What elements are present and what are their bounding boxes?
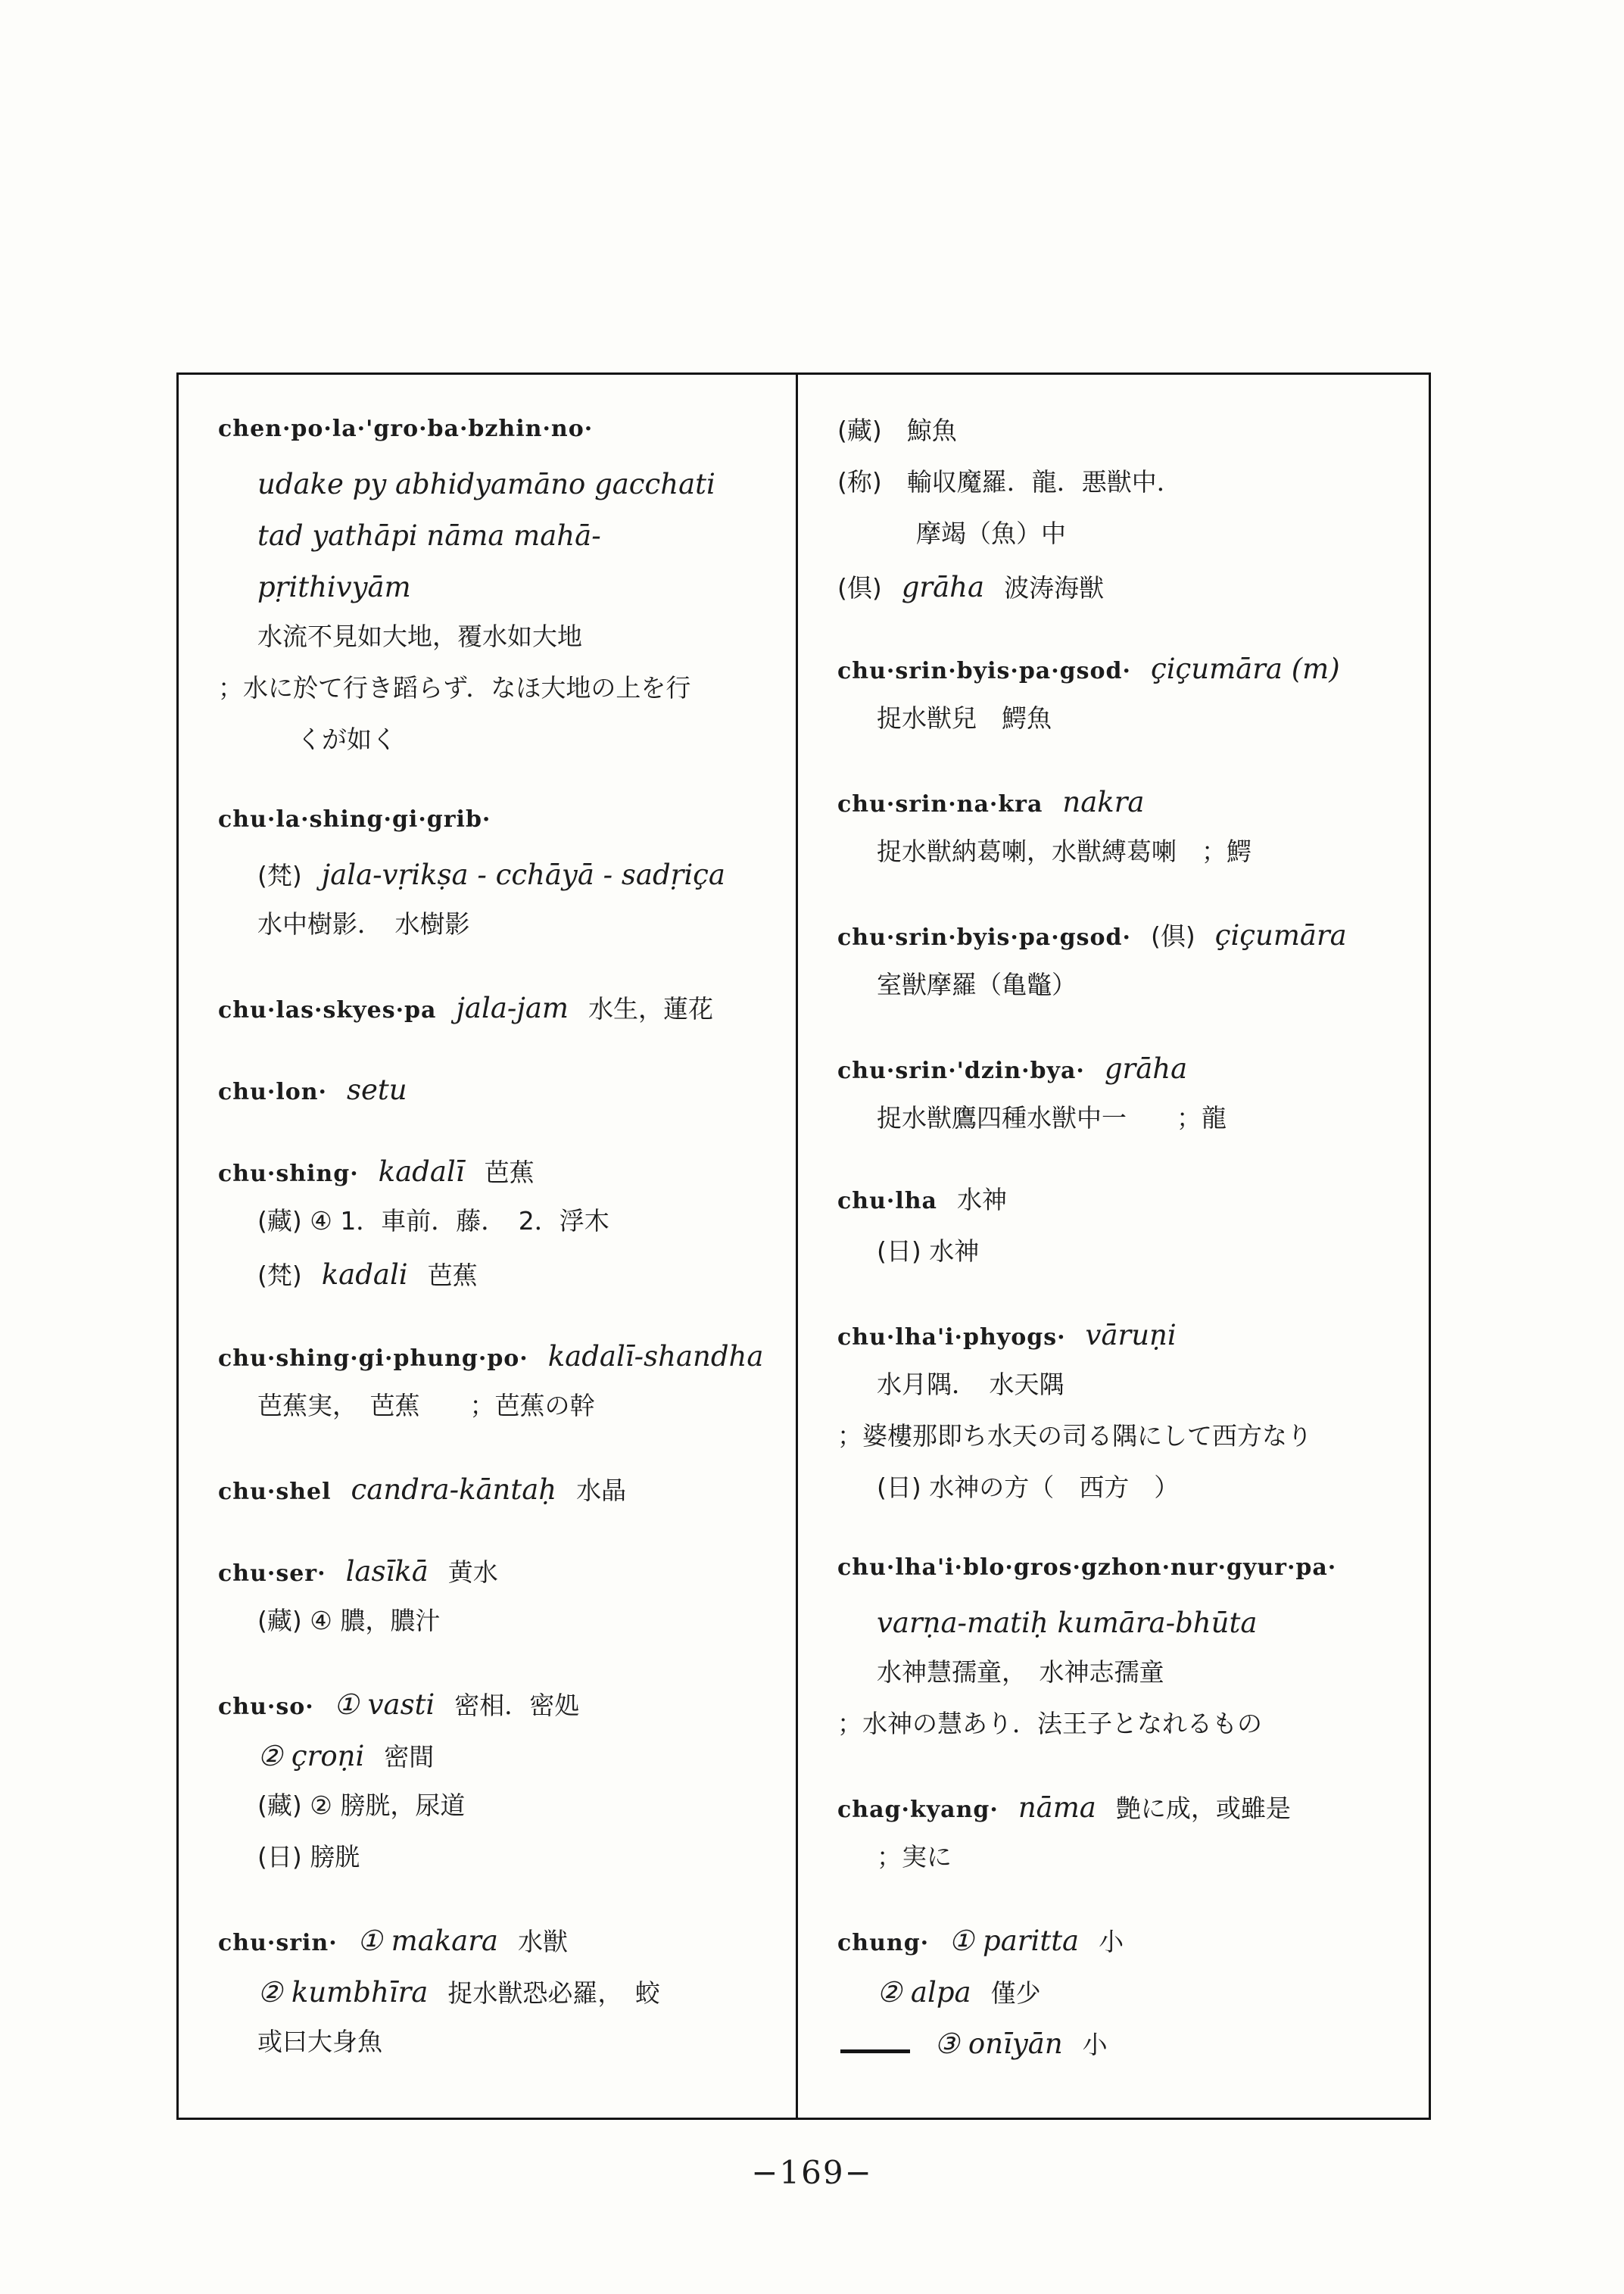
entry-line: varṇa-matiḥ kumāra-bhūta xyxy=(837,1604,1409,1656)
sanskrit-romanization: lasīkā xyxy=(346,1553,429,1591)
tibetan-headword: chu·srin· xyxy=(218,1928,338,1959)
cjk-gloss: ；実に xyxy=(877,1840,952,1875)
dictionary-entry: chu·la·shing·gi·grib·(梵)jala-vṛikṣa - cc… xyxy=(218,805,776,959)
cjk-gloss: 捉水獣兒 鰐魚 xyxy=(877,702,1052,736)
sanskrit-romanization: ① makara xyxy=(357,1922,498,1960)
entry-line: ；水神の慧あり．法王子となれるもの xyxy=(837,1707,1409,1759)
cjk-gloss: (藏) ④ 1．車前．藤． 2．浮木 xyxy=(257,1205,609,1239)
dictionary-entry: (藏) 鯨魚(称) 輸収魔羅．龍．悪獣中．摩竭（魚）中(倶)grāha波涛海獣 xyxy=(837,414,1409,620)
sanskrit-romanization: jala-vṛikṣa - cchāyā - sadṛiça xyxy=(322,856,725,894)
cjk-gloss: 或曰大身魚 xyxy=(257,2025,382,2059)
cjk-gloss: 室獣摩羅（亀鼈） xyxy=(877,968,1077,1002)
sanskrit-romanization: ① paritta xyxy=(949,1922,1079,1960)
cjk-gloss: (梵) xyxy=(257,859,302,893)
cjk-gloss: 密相．密処 xyxy=(454,1689,579,1723)
cjk-gloss: (藏) ④ 膿，膿汁 xyxy=(257,1604,440,1638)
cjk-gloss: ；婆樓那即ち水天の司る隅にして西方なり xyxy=(837,1420,1312,1454)
margin-dash-mark xyxy=(840,2049,910,2053)
dictionary-entry: chung·① paritta小② alpa僅少③ onīyān小 xyxy=(837,1922,1409,2077)
cjk-gloss: (梵) xyxy=(257,1259,302,1293)
dictionary-entry: chu·shelcandra-kāntaḥ水晶 xyxy=(218,1471,776,1523)
sanskrit-romanization: pṛithivyām xyxy=(257,569,411,606)
cjk-gloss: 水月隅． 水天隅 xyxy=(877,1368,1064,1402)
entry-line: (藏) ② 膀胱，尿道 xyxy=(218,1789,776,1840)
entry-line: (梵)kadali芭蕉 xyxy=(218,1256,776,1308)
tibetan-headword: chu·lha'i·blo·gros·gzhon·nur·gyur·pa· xyxy=(837,1553,1336,1584)
cjk-gloss: (倶) xyxy=(1151,920,1195,954)
cjk-gloss: 芭蕉 xyxy=(485,1156,535,1190)
dictionary-entry: chu·srin·'dzin·bya·grāha捉水獣鷹四種水獣中一 ；龍 xyxy=(837,1050,1409,1153)
sanskrit-romanization: candra-kāntaḥ xyxy=(351,1471,557,1509)
entry-line: chen·po·la·'gro·ba·bzhin·no· xyxy=(218,414,776,466)
entry-line: (藏) ④ 1．車前．藤． 2．浮木 xyxy=(218,1205,776,1256)
cjk-gloss: (日) 水神の方（ 西方 ） xyxy=(877,1471,1179,1505)
sanskrit-romanization: vāruṇi xyxy=(1086,1317,1177,1354)
tibetan-headword: chung· xyxy=(837,1928,929,1959)
tibetan-headword: chen·po·la·'gro·ba·bzhin·no· xyxy=(218,414,593,445)
sanskrit-romanization: ② alpa xyxy=(877,1974,971,2012)
cjk-gloss: (倶) xyxy=(837,572,882,606)
entry-line: chu·lon·setu xyxy=(218,1071,776,1123)
entry-line: chag·kyang·nāma艶に成，或雖是 xyxy=(837,1789,1409,1840)
cjk-gloss: 摩竭（魚）中 xyxy=(916,517,1066,551)
entry-line: 芭蕉実， 芭蕉 ；芭蕉の幹 xyxy=(218,1389,776,1441)
entry-line: udake py abhidyamāno gacchati xyxy=(218,466,776,517)
entry-line: (称) 輸収魔羅．龍．悪獣中． xyxy=(837,466,1409,517)
entry-line: chu·shelcandra-kāntaḥ水晶 xyxy=(218,1471,776,1523)
dictionary-entry: chu·so·① vasti密相．密処② çroṇi密間(藏) ② 膀胱，尿道(… xyxy=(218,1686,776,1892)
entry-line: chu·las·skyes·pajala-jam水生，蓮花 xyxy=(218,990,776,1041)
cjk-gloss: 捉水獣鷹四種水獣中一 ；龍 xyxy=(877,1102,1227,1136)
sanskrit-romanization: nakra xyxy=(1062,784,1144,821)
tibetan-headword: chu·srin·na·kra xyxy=(837,790,1043,821)
dictionary-entry: chu·lha'i·blo·gros·gzhon·nur·gyur·pa·var… xyxy=(837,1553,1409,1759)
sanskrit-romanization: çiçumāra xyxy=(1215,917,1347,955)
tibetan-headword: chag·kyang· xyxy=(837,1795,999,1826)
entry-line: ；水に於て行き蹈らず．なほ大地の上を行 xyxy=(218,672,776,723)
cjk-gloss: 密間 xyxy=(384,1741,434,1775)
entry-line: ② kumbhīra捉水獣恐必羅， 蛟 xyxy=(218,1974,776,2025)
entry-line: chu·lha'i·phyogs·vāruṇi xyxy=(837,1317,1409,1368)
dictionary-entry: chu·shing·kadalī芭蕉(藏) ④ 1．車前．藤． 2．浮木(梵)k… xyxy=(218,1153,776,1308)
dictionary-entry: chu·lha'i·phyogs·vāruṇi水月隅． 水天隅；婆樓那即ち水天の… xyxy=(837,1317,1409,1523)
entry-line: chu·shing·kadalī芭蕉 xyxy=(218,1153,776,1205)
cjk-gloss: (日) 水神 xyxy=(877,1235,979,1269)
entry-line: 捉水獣鷹四種水獣中一 ；龍 xyxy=(837,1102,1409,1153)
entry-line: (倶)grāha波涛海獣 xyxy=(837,569,1409,620)
sanskrit-romanization: ② kumbhīra xyxy=(257,1974,428,2012)
entry-line: 捉水獣納葛喇，水獣縛葛喇 ；鰐 xyxy=(837,835,1409,887)
tibetan-headword: chu·srin·byis·pa·gsod· xyxy=(837,923,1131,954)
entry-line: chung·① paritta小 xyxy=(837,1922,1409,1974)
cjk-gloss: (藏) 鯨魚 xyxy=(837,414,957,448)
cjk-gloss: 水神 xyxy=(957,1183,1007,1217)
entry-line: pṛithivyām xyxy=(218,569,776,620)
entry-line: (藏) 鯨魚 xyxy=(837,414,1409,466)
sanskrit-romanization: kadali xyxy=(322,1256,408,1294)
entry-line: 捉水獣兒 鰐魚 xyxy=(837,702,1409,753)
entry-line: chu·shing·gi·phung·po·kadalī-shandha xyxy=(218,1338,776,1389)
cjk-gloss: 芭蕉実， 芭蕉 ；芭蕉の幹 xyxy=(257,1389,595,1423)
tibetan-headword: chu·shel xyxy=(218,1477,332,1508)
cjk-gloss: (藏) ② 膀胱，尿道 xyxy=(257,1789,465,1823)
cjk-gloss: 水生，蓮花 xyxy=(588,993,713,1027)
dictionary-entry: chag·kyang·nāma艶に成，或雖是；実に xyxy=(837,1789,1409,1892)
entry-line: 水流不見如大地，覆水如大地 xyxy=(218,620,776,672)
entry-line: ② alpa僅少 xyxy=(837,1974,1409,2025)
sanskrit-romanization: udake py abhidyamāno gacchati xyxy=(257,466,715,503)
entry-line: 室獣摩羅（亀鼈） xyxy=(837,968,1409,1020)
left-column: chen·po·la·'gro·ba·bzhin·no·udake py abh… xyxy=(179,375,796,2118)
cjk-gloss: 捉水獣恐必羅， 蛟 xyxy=(447,1977,660,2011)
entry-line: chu·lha水神 xyxy=(837,1183,1409,1235)
page-number: −169− xyxy=(0,2154,1624,2191)
dictionary-entry: chu·srin·byis·pa·gsod·çiçumāra (m)捉水獣兒 鰐… xyxy=(837,650,1409,753)
entry-line: (日) 膀胱 xyxy=(218,1840,776,1892)
dictionary-entry: chen·po·la·'gro·ba·bzhin·no·udake py abh… xyxy=(218,414,776,775)
dictionary-entry: chu·ser·lasīkā黄水(藏) ④ 膿，膿汁 xyxy=(218,1553,776,1656)
entry-line: ② çroṇi密間 xyxy=(218,1738,776,1789)
tibetan-headword: chu·shing· xyxy=(218,1159,359,1190)
dictionary-entry: chu·srin·① makara水獣② kumbhīra捉水獣恐必羅， 蛟或曰… xyxy=(218,1922,776,2077)
tibetan-headword: chu·shing·gi·phung·po· xyxy=(218,1344,528,1375)
cjk-gloss: くが如く xyxy=(297,723,397,757)
entry-line: chu·srin·'dzin·bya·grāha xyxy=(837,1050,1409,1102)
sanskrit-romanization: tad yathāpi nāma mahā- xyxy=(257,517,601,555)
entry-line: 水中樹影． 水樹影 xyxy=(218,908,776,959)
cjk-gloss: 芭蕉 xyxy=(428,1259,478,1293)
dictionary-entry: chu·shing·gi·phung·po·kadalī-shandha芭蕉実，… xyxy=(218,1338,776,1441)
tibetan-headword: chu·las·skyes·pa xyxy=(218,996,436,1027)
entry-line: chu·ser·lasīkā黄水 xyxy=(218,1553,776,1604)
entry-line: ；婆樓那即ち水天の司る隅にして西方なり xyxy=(837,1420,1409,1471)
sanskrit-romanization: ③ onīyān xyxy=(934,2025,1063,2063)
sanskrit-romanization: ① vasti xyxy=(334,1686,435,1724)
sanskrit-romanization: nāma xyxy=(1018,1789,1096,1827)
dictionary-entry: chu·srin·byis·pa·gsod·(倶)çiçumāra室獣摩羅（亀鼈… xyxy=(837,917,1409,1020)
sanskrit-romanization: grāha xyxy=(902,569,984,606)
tibetan-headword: chu·srin·byis·pa·gsod· xyxy=(837,656,1131,687)
cjk-gloss: 僅少 xyxy=(991,1977,1041,2011)
sanskrit-romanization: grāha xyxy=(1105,1050,1187,1088)
entry-line: ③ onīyān小 xyxy=(837,2025,1409,2077)
entry-line: 摩竭（魚）中 xyxy=(837,517,1409,569)
entry-line: (日) 水神の方（ 西方 ） xyxy=(837,1471,1409,1523)
cjk-gloss: 黄水 xyxy=(448,1556,498,1590)
entry-line: chu·la·shing·gi·grib· xyxy=(218,805,776,856)
tibetan-headword: chu·lon· xyxy=(218,1077,327,1108)
sanskrit-romanization: varṇa-matiḥ kumāra-bhūta xyxy=(877,1604,1257,1642)
entry-line: chu·so·① vasti密相．密処 xyxy=(218,1686,776,1738)
tibetan-headword: chu·so· xyxy=(218,1692,314,1723)
entry-line: (日) 水神 xyxy=(837,1235,1409,1286)
cjk-gloss: 水神慧孺童， 水神志孺童 xyxy=(877,1656,1164,1690)
cjk-gloss: (称) 輸収魔羅．龍．悪獣中． xyxy=(837,466,1182,500)
entry-line: (梵)jala-vṛikṣa - cchāyā - sadṛiça xyxy=(218,856,776,908)
manuscript-content-box: chen·po·la·'gro·ba·bzhin·no·udake py abh… xyxy=(176,372,1431,2120)
entry-line: tad yathāpi nāma mahā- xyxy=(218,517,776,569)
tibetan-headword: chu·srin·'dzin·bya· xyxy=(837,1056,1085,1087)
entry-line: chu·srin·byis·pa·gsod·çiçumāra (m) xyxy=(837,650,1409,702)
cjk-gloss: 艶に成，或雖是 xyxy=(1116,1792,1291,1826)
cjk-gloss: 水中樹影． 水樹影 xyxy=(257,908,470,942)
cjk-gloss: (日) 膀胱 xyxy=(257,1840,360,1875)
cjk-gloss: ；水に於て行き蹈らず．なほ大地の上を行 xyxy=(218,672,690,706)
cjk-gloss: ；水神の慧あり．法王子となれるもの xyxy=(837,1707,1262,1741)
sanskrit-romanization: ② çroṇi xyxy=(257,1738,364,1775)
entry-line: 水神慧孺童， 水神志孺童 xyxy=(837,1656,1409,1707)
cjk-gloss: 水流不見如大地，覆水如大地 xyxy=(257,620,582,654)
cjk-gloss: 小 xyxy=(1083,2028,1108,2062)
tibetan-headword: chu·lha xyxy=(837,1186,937,1217)
cjk-gloss: 水晶 xyxy=(576,1474,626,1508)
entry-line: chu·srin·na·kranakra xyxy=(837,784,1409,835)
cjk-gloss: 波涛海獣 xyxy=(1004,572,1104,606)
cjk-gloss: 捉水獣納葛喇，水獣縛葛喇 ；鰐 xyxy=(877,835,1252,869)
tibetan-headword: chu·lha'i·phyogs· xyxy=(837,1323,1066,1354)
entry-line: 或曰大身魚 xyxy=(218,2025,776,2077)
dictionary-entry: chu·lha水神(日) 水神 xyxy=(837,1183,1409,1286)
dictionary-entry: chu·lon·setu xyxy=(218,1071,776,1123)
tibetan-headword: chu·la·shing·gi·grib· xyxy=(218,805,491,836)
sanskrit-romanization: çiçumāra (m) xyxy=(1151,650,1340,688)
dictionary-entry: chu·srin·na·kranakra捉水獣納葛喇，水獣縛葛喇 ；鰐 xyxy=(837,784,1409,887)
cjk-gloss: 水獣 xyxy=(518,1925,568,1959)
entry-line: (藏) ④ 膿，膿汁 xyxy=(218,1604,776,1656)
entry-line: chu·srin·byis·pa·gsod·(倶)çiçumāra xyxy=(837,917,1409,968)
tibetan-headword: chu·ser· xyxy=(218,1559,326,1590)
entry-line: 水月隅． 水天隅 xyxy=(837,1368,1409,1420)
right-column: (藏) 鯨魚(称) 輸収魔羅．龍．悪獣中．摩竭（魚）中(倶)grāha波涛海獣c… xyxy=(798,375,1429,2118)
sanskrit-romanization: jala-jam xyxy=(456,990,569,1027)
entry-line: chu·srin·① makara水獣 xyxy=(218,1922,776,1974)
entry-line: くが如く xyxy=(218,723,776,775)
dictionary-entry: chu·las·skyes·pajala-jam水生，蓮花 xyxy=(218,990,776,1041)
cjk-gloss: 小 xyxy=(1099,1925,1124,1959)
sanskrit-romanization: kadalī xyxy=(379,1153,465,1191)
sanskrit-romanization: setu xyxy=(347,1071,407,1109)
entry-line: ；実に xyxy=(837,1840,1409,1892)
entry-line: chu·lha'i·blo·gros·gzhon·nur·gyur·pa· xyxy=(837,1553,1409,1604)
sanskrit-romanization: kadalī-shandha xyxy=(548,1338,764,1376)
